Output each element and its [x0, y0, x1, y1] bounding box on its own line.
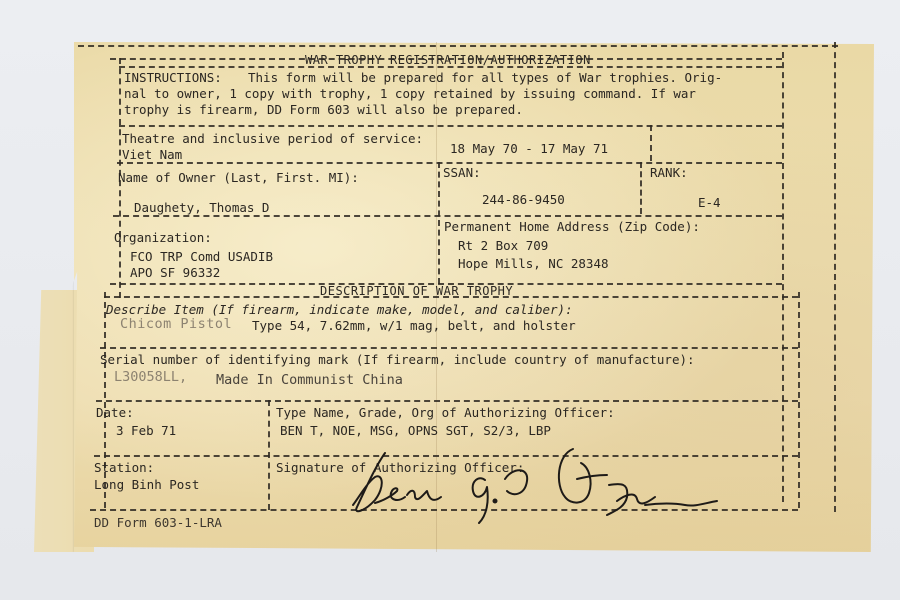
top-edge-rule — [78, 45, 838, 47]
paper-edge-rule — [834, 42, 836, 512]
organization-label: Organization: — [114, 230, 212, 245]
photo-background: WAR TROPHY REGISTRATION/AUTHORIZATION IN… — [0, 0, 900, 600]
organization-line-1: FCO TRP Comd USADIB — [130, 249, 273, 264]
date-value: 3 Feb 71 — [116, 423, 176, 438]
instructions-line-2: nal to owner, 1 copy with trophy, 1 copy… — [124, 86, 696, 101]
service-divider — [650, 125, 652, 161]
item-value: Type 54, 7.62mm, w/1 mag, belt, and hols… — [252, 318, 576, 333]
officer-label: Type Name, Grade, Org of Authorizing Off… — [276, 405, 615, 420]
title-underline — [119, 66, 782, 68]
instructions-line-3: trophy is firearm, DD Form 603 will also… — [124, 102, 523, 117]
address-label: Permanent Home Address (Zip Code): — [444, 219, 700, 234]
organization-line-2: APO SF 96332 — [130, 265, 220, 280]
owner-value: Daughety, Thomas D — [134, 200, 269, 215]
theatre-value: Viet Nam — [122, 147, 182, 162]
rank-value: E-4 — [698, 195, 721, 210]
row-rule-7 — [96, 400, 798, 402]
row-rule-5 — [104, 296, 798, 298]
serial-label: Serial number of identifying mark (If fi… — [100, 352, 695, 367]
address-line-2: Hope Mills, NC 28348 — [458, 256, 609, 271]
row-rule-6 — [100, 347, 798, 349]
service-period-value: 18 May 70 - 17 May 71 — [450, 141, 608, 156]
date-label: Date: — [96, 405, 134, 420]
item-label: Describe Item (If firearm, indicate make… — [106, 302, 573, 317]
right-border — [782, 52, 784, 502]
serial-value: Made In Communist China — [216, 373, 403, 388]
ssan-value: 244-86-9450 — [482, 192, 565, 207]
row-rule-1 — [119, 125, 782, 127]
row-rule-2 — [117, 162, 782, 164]
station-value: Long Binh Post — [94, 477, 199, 492]
ssan-divider — [640, 162, 642, 214]
instructions-label: INSTRUCTIONS: — [124, 70, 222, 85]
officer-value: BEN T, NOE, MSG, OPNS SGT, S2/3, LBP — [280, 423, 551, 438]
owner-divider — [438, 162, 440, 284]
row-rule-3 — [113, 215, 782, 217]
right-border-lower — [798, 292, 800, 508]
ssan-label: SSAN: — [443, 165, 481, 180]
owner-label: Name of Owner (Last, First. MI): — [118, 170, 359, 185]
serial-value-faded: L30058LL, — [114, 370, 187, 385]
service-label: Theatre and inclusive period of service: — [122, 131, 423, 146]
form-number: DD Form 603-1-LRA — [94, 515, 222, 530]
signature-image: Ben T. Noe — [345, 445, 735, 525]
station-label: Station: — [94, 460, 154, 475]
rank-label: RANK: — [650, 165, 688, 180]
address-line-1: Rt 2 Box 709 — [458, 238, 548, 253]
instructions-line-1: This form will be prepared for all types… — [248, 70, 722, 85]
item-value-faded: Chicom Pistol — [120, 317, 232, 332]
